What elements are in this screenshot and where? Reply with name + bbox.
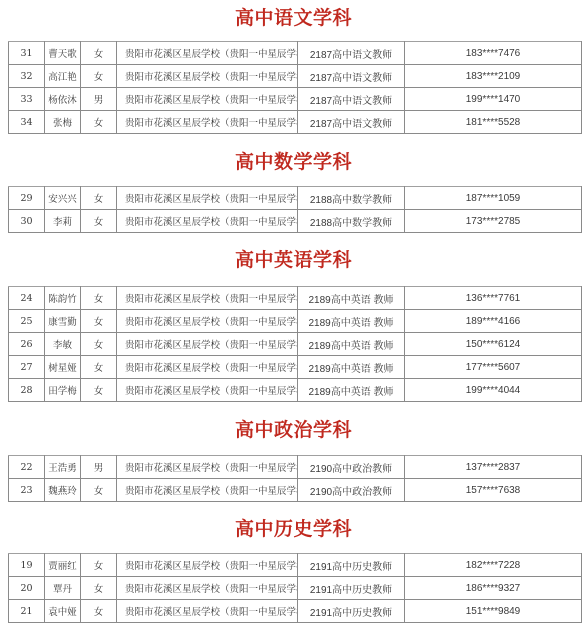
cell-post: 2187高中语文教师 xyxy=(298,65,405,88)
cell-post: 2187高中语文教师 xyxy=(298,111,405,134)
cell-post: 2189高中英语 教师 xyxy=(298,379,405,402)
cell-post: 2189高中英语 教师 xyxy=(298,333,405,356)
cell-gender: 女 xyxy=(81,333,117,356)
cell-number: 28 xyxy=(9,379,45,402)
table-row: 26李敏女贵阳市花溪区星辰学校（贵阳一中星辰学校）2189高中英语 教师150*… xyxy=(9,333,582,356)
cell-name: 贾丽红 xyxy=(45,554,81,577)
cell-phone: 150****6124 xyxy=(405,333,582,356)
section-title-math: 高中数学学科 xyxy=(0,150,587,174)
cell-gender: 男 xyxy=(81,456,117,479)
cell-name: 杨依沐 xyxy=(45,88,81,111)
cell-gender: 女 xyxy=(81,356,117,379)
table-row: 30李莉女贵阳市花溪区星辰学校（贵阳一中星辰学校）2188高中数学教师173**… xyxy=(9,210,582,233)
cell-gender: 女 xyxy=(81,42,117,65)
roster-table-english: 24陈韵竹女贵阳市花溪区星辰学校（贵阳一中星辰学校）2189高中英语 教师136… xyxy=(8,286,582,402)
cell-phone: 199****4044 xyxy=(405,379,582,402)
cell-phone: 177****5607 xyxy=(405,356,582,379)
cell-gender: 女 xyxy=(81,187,117,210)
cell-post: 2187高中语文教师 xyxy=(298,42,405,65)
cell-number: 19 xyxy=(9,554,45,577)
cell-phone: 186****9327 xyxy=(405,577,582,600)
cell-name: 高江艳 xyxy=(45,65,81,88)
cell-gender: 女 xyxy=(81,65,117,88)
cell-name: 袁中娅 xyxy=(45,600,81,623)
cell-number: 30 xyxy=(9,210,45,233)
cell-name: 树星娅 xyxy=(45,356,81,379)
cell-gender: 女 xyxy=(81,379,117,402)
cell-phone: 187****1059 xyxy=(405,187,582,210)
cell-name: 安兴兴 xyxy=(45,187,81,210)
cell-phone: 182****7228 xyxy=(405,554,582,577)
table-row: 32高江艳女贵阳市花溪区星辰学校（贵阳一中星辰学校）2187高中语文教师183*… xyxy=(9,65,582,88)
table-row: 34张梅女贵阳市花溪区星辰学校（贵阳一中星辰学校）2187高中语文教师181**… xyxy=(9,111,582,134)
cell-number: 33 xyxy=(9,88,45,111)
cell-phone: 137****2837 xyxy=(405,456,582,479)
cell-phone: 199****1470 xyxy=(405,88,582,111)
roster-table-politics: 22王浩勇男贵阳市花溪区星辰学校（贵阳一中星辰学校）2190高中政治教师137*… xyxy=(8,455,582,502)
cell-school: 贵阳市花溪区星辰学校（贵阳一中星辰学校） xyxy=(117,554,298,577)
cell-number: 20 xyxy=(9,577,45,600)
table-row: 31曹天歌女贵阳市花溪区星辰学校（贵阳一中星辰学校）2187高中语文教师183*… xyxy=(9,42,582,65)
cell-name: 曹天歌 xyxy=(45,42,81,65)
cell-phone: 136****7761 xyxy=(405,287,582,310)
cell-post: 2191高中历史教师 xyxy=(298,554,405,577)
roster-table-math: 29安兴兴女贵阳市花溪区星辰学校（贵阳一中星辰学校）2188高中数学教师187*… xyxy=(8,186,582,233)
cell-gender: 女 xyxy=(81,554,117,577)
section-title-history: 高中历史学科 xyxy=(0,517,587,541)
cell-name: 王浩勇 xyxy=(45,456,81,479)
cell-phone: 173****2785 xyxy=(405,210,582,233)
cell-number: 27 xyxy=(9,356,45,379)
section-title-chinese: 高中语文学科 xyxy=(0,6,587,30)
cell-post: 2189高中英语 教师 xyxy=(298,287,405,310)
cell-post: 2189高中英语 教师 xyxy=(298,310,405,333)
cell-number: 21 xyxy=(9,600,45,623)
table-row: 25康雪勤女贵阳市花溪区星辰学校（贵阳一中星辰学校）2189高中英语 教师189… xyxy=(9,310,582,333)
cell-gender: 女 xyxy=(81,600,117,623)
cell-gender: 女 xyxy=(81,577,117,600)
cell-school: 贵阳市花溪区星辰学校（贵阳一中星辰学校） xyxy=(117,210,298,233)
cell-name: 田学梅 xyxy=(45,379,81,402)
cell-post: 2189高中英语 教师 xyxy=(298,356,405,379)
cell-name: 李敏 xyxy=(45,333,81,356)
table-row: 29安兴兴女贵阳市花溪区星辰学校（贵阳一中星辰学校）2188高中数学教师187*… xyxy=(9,187,582,210)
cell-gender: 女 xyxy=(81,310,117,333)
cell-school: 贵阳市花溪区星辰学校（贵阳一中星辰学校） xyxy=(117,600,298,623)
cell-post: 2191高中历史教师 xyxy=(298,577,405,600)
cell-school: 贵阳市花溪区星辰学校（贵阳一中星辰学校） xyxy=(117,356,298,379)
table-row: 27树星娅女贵阳市花溪区星辰学校（贵阳一中星辰学校）2189高中英语 教师177… xyxy=(9,356,582,379)
cell-phone: 157****7638 xyxy=(405,479,582,502)
cell-name: 陈韵竹 xyxy=(45,287,81,310)
table-row: 23魏燕玲女贵阳市花溪区星辰学校（贵阳一中星辰学校）2190高中政治教师157*… xyxy=(9,479,582,502)
cell-school: 贵阳市花溪区星辰学校（贵阳一中星辰学校） xyxy=(117,456,298,479)
cell-post: 2188高中数学教师 xyxy=(298,187,405,210)
cell-school: 贵阳市花溪区星辰学校（贵阳一中星辰学校） xyxy=(117,88,298,111)
cell-school: 贵阳市花溪区星辰学校（贵阳一中星辰学校） xyxy=(117,111,298,134)
cell-phone: 189****4166 xyxy=(405,310,582,333)
cell-school: 贵阳市花溪区星辰学校（贵阳一中星辰学校） xyxy=(117,287,298,310)
cell-number: 29 xyxy=(9,187,45,210)
cell-name: 张梅 xyxy=(45,111,81,134)
cell-phone: 181****5528 xyxy=(405,111,582,134)
cell-number: 32 xyxy=(9,65,45,88)
cell-name: 李莉 xyxy=(45,210,81,233)
section-title-english: 高中英语学科 xyxy=(0,248,587,272)
cell-school: 贵阳市花溪区星辰学校（贵阳一中星辰学校） xyxy=(117,65,298,88)
cell-name: 康雪勤 xyxy=(45,310,81,333)
cell-number: 23 xyxy=(9,479,45,502)
cell-phone: 151****9849 xyxy=(405,600,582,623)
cell-post: 2187高中语文教师 xyxy=(298,88,405,111)
cell-number: 25 xyxy=(9,310,45,333)
roster-table-chinese: 31曹天歌女贵阳市花溪区星辰学校（贵阳一中星辰学校）2187高中语文教师183*… xyxy=(8,41,582,134)
table-row: 19贾丽红女贵阳市花溪区星辰学校（贵阳一中星辰学校）2191高中历史教师182*… xyxy=(9,554,582,577)
cell-school: 贵阳市花溪区星辰学校（贵阳一中星辰学校） xyxy=(117,310,298,333)
table-row: 24陈韵竹女贵阳市花溪区星辰学校（贵阳一中星辰学校）2189高中英语 教师136… xyxy=(9,287,582,310)
cell-gender: 女 xyxy=(81,479,117,502)
cell-gender: 女 xyxy=(81,111,117,134)
cell-name: 魏燕玲 xyxy=(45,479,81,502)
cell-school: 贵阳市花溪区星辰学校（贵阳一中星辰学校） xyxy=(117,187,298,210)
cell-gender: 女 xyxy=(81,287,117,310)
cell-gender: 女 xyxy=(81,210,117,233)
table-row: 22王浩勇男贵阳市花溪区星辰学校（贵阳一中星辰学校）2190高中政治教师137*… xyxy=(9,456,582,479)
table-row: 20覃丹女贵阳市花溪区星辰学校（贵阳一中星辰学校）2191高中历史教师186**… xyxy=(9,577,582,600)
roster-table-history: 19贾丽红女贵阳市花溪区星辰学校（贵阳一中星辰学校）2191高中历史教师182*… xyxy=(8,553,582,623)
table-row: 28田学梅女贵阳市花溪区星辰学校（贵阳一中星辰学校）2189高中英语 教师199… xyxy=(9,379,582,402)
cell-post: 2188高中数学教师 xyxy=(298,210,405,233)
cell-school: 贵阳市花溪区星辰学校（贵阳一中星辰学校） xyxy=(117,479,298,502)
cell-number: 26 xyxy=(9,333,45,356)
cell-post: 2190高中政治教师 xyxy=(298,456,405,479)
table-row: 21袁中娅女贵阳市花溪区星辰学校（贵阳一中星辰学校）2191高中历史教师151*… xyxy=(9,600,582,623)
cell-phone: 183****7476 xyxy=(405,42,582,65)
section-title-politics: 高中政治学科 xyxy=(0,418,587,442)
cell-name: 覃丹 xyxy=(45,577,81,600)
cell-number: 22 xyxy=(9,456,45,479)
cell-school: 贵阳市花溪区星辰学校（贵阳一中星辰学校） xyxy=(117,577,298,600)
cell-school: 贵阳市花溪区星辰学校（贵阳一中星辰学校） xyxy=(117,333,298,356)
cell-school: 贵阳市花溪区星辰学校（贵阳一中星辰学校） xyxy=(117,379,298,402)
cell-gender: 男 xyxy=(81,88,117,111)
cell-number: 24 xyxy=(9,287,45,310)
cell-post: 2190高中政治教师 xyxy=(298,479,405,502)
cell-number: 31 xyxy=(9,42,45,65)
cell-school: 贵阳市花溪区星辰学校（贵阳一中星辰学校） xyxy=(117,42,298,65)
table-row: 33杨依沐男贵阳市花溪区星辰学校（贵阳一中星辰学校）2187高中语文教师199*… xyxy=(9,88,582,111)
cell-post: 2191高中历史教师 xyxy=(298,600,405,623)
cell-number: 34 xyxy=(9,111,45,134)
cell-phone: 183****2109 xyxy=(405,65,582,88)
